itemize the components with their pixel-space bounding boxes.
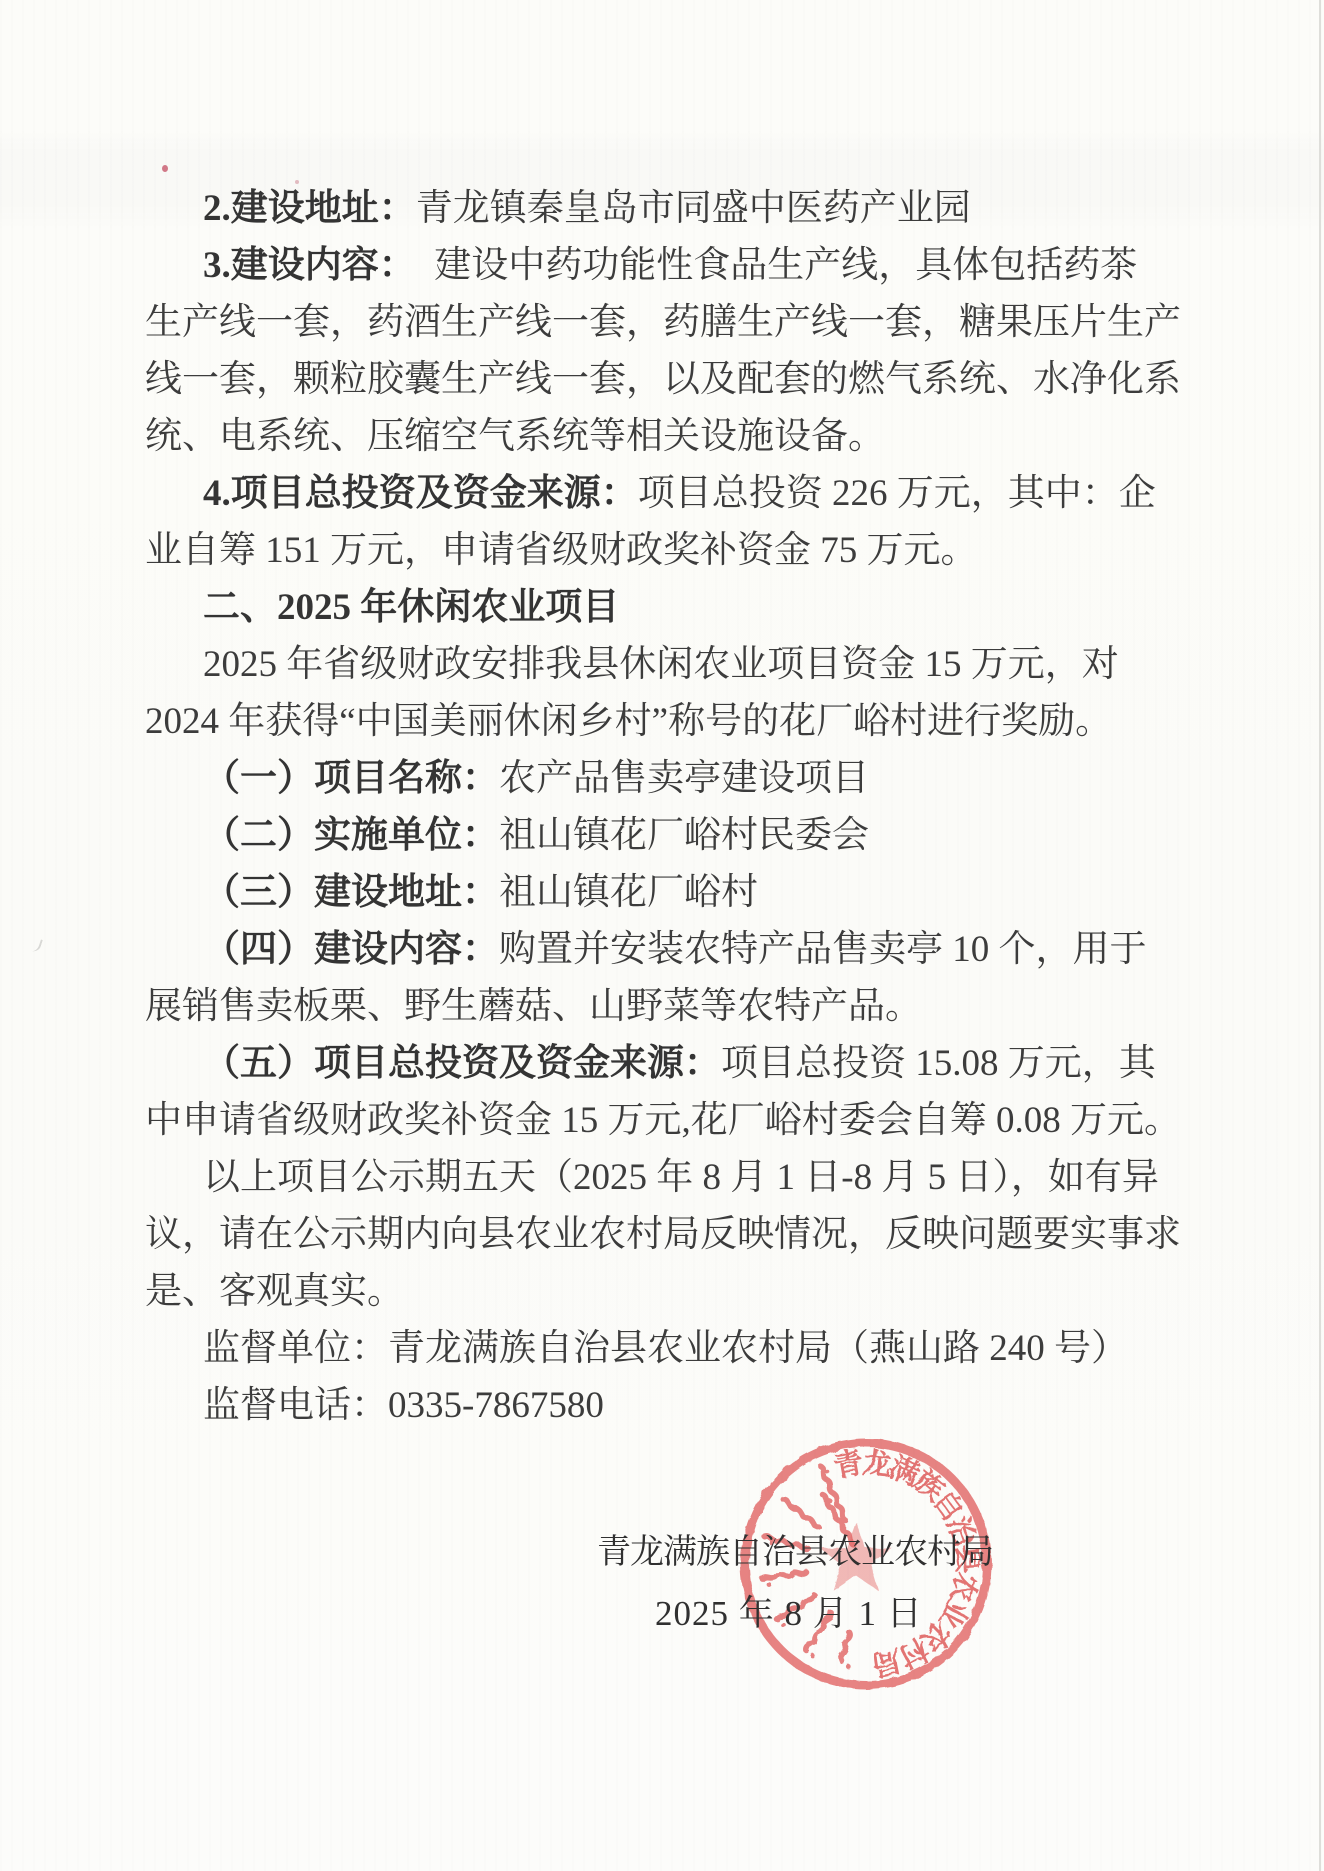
document-line: 4.项目总投资及资金来源：项目总投资 226 万元，其中：企: [145, 465, 1190, 522]
scan-edge-artifact: [1319, 0, 1321, 1871]
document-line: 展销售卖板栗、野生蘑菇、山野菜等农特产品。: [145, 978, 1190, 1035]
document-line: 生产线一套，药酒生产线一套，药膳生产线一套，糖果压片生产: [145, 294, 1190, 351]
document-line: 监督单位：青龙满族自治县农业农村局（燕山路 240 号）: [145, 1320, 1190, 1377]
document-line: 监督电话：0335-7867580: [145, 1377, 1190, 1434]
stray-mark-artifact: [28, 937, 43, 954]
document-line: 业自筹 151 万元，申请省级财政奖补资金 75 万元。: [145, 522, 1190, 579]
document-line: 二、2025 年休闲农业项目: [145, 579, 1190, 636]
svg-text:局: 局: [869, 1643, 904, 1680]
signature-org: 青龙满族自治县农业农村局: [597, 1524, 993, 1573]
signature-date: 2025 年 8 月 1 日: [655, 1586, 923, 1636]
document-line: 3.建设内容： 建设中药功能性食品生产线，具体包括药茶: [145, 237, 1190, 294]
document-line: 中申请省级财政奖补资金 15 万元,花厂峪村委会自筹 0.08 万元。: [145, 1092, 1190, 1149]
document-line: 2024 年获得“中国美丽休闲乡村”称号的花厂峪村进行奖励。: [145, 693, 1190, 750]
document-line: 2.建设地址：青龙镇秦皇岛市同盛中医药产业园: [145, 180, 1190, 237]
document-line: （二）实施单位：祖山镇花厂峪村民委会: [145, 807, 1190, 864]
red-speck-artifact: [162, 165, 168, 172]
document-line: （五）项目总投资及资金来源：项目总投资 15.08 万元，其: [145, 1035, 1190, 1092]
document-line: （四）建设内容：购置并安装农特产品售卖亭 10 个，用于: [145, 921, 1190, 978]
document-line: 是、客观真实。: [145, 1263, 1190, 1320]
document-line: （三）建设地址：祖山镇花厂峪村: [145, 864, 1190, 921]
document-line: 线一套，颗粒胶囊生产线一套，以及配套的燃气系统、水净化系: [145, 351, 1190, 408]
document-line: （一）项目名称：农产品售卖亭建设项目: [145, 750, 1190, 807]
document-line: 2025 年省级财政安排我县休闲农业项目资金 15 万元，对: [145, 636, 1190, 693]
document-line: 统、电系统、压缩空气系统等相关设施设备。: [145, 408, 1190, 465]
document-body: 2.建设地址：青龙镇秦皇岛市同盛中医药产业园3.建设内容： 建设中药功能性食品生…: [145, 180, 1190, 1434]
scanned-document-page: 2.建设地址：青龙镇秦皇岛市同盛中医药产业园3.建设内容： 建设中药功能性食品生…: [0, 0, 1324, 1871]
document-line: 以上项目公示期五天（2025 年 8 月 1 日-8 月 5 日），如有异: [145, 1149, 1190, 1206]
document-line: 议，请在公示期内向县农业农村局反映情况，反映问题要实事求: [145, 1206, 1190, 1263]
